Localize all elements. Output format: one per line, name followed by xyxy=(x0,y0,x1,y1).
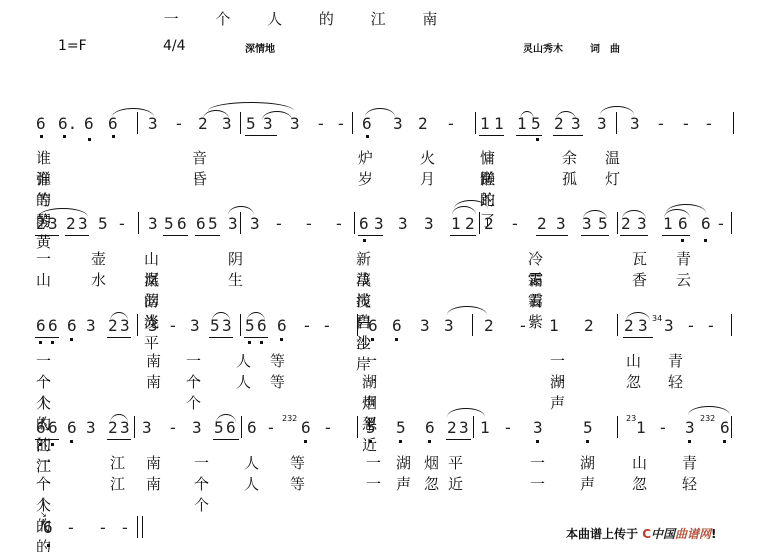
tempo-marking: 深情地 xyxy=(245,40,275,55)
footer-upload-credit: 本曲谱上传于 C中国曲谱网! xyxy=(566,525,717,542)
staff-line-4: 66 6 3 23 3 - 3 56 6 - 232 6 - 5 5 6 23 … xyxy=(0,418,757,448)
time-signature: 4/4 xyxy=(163,38,186,54)
staff-line-1: 6 6. 6 6 3 - 2 3 53 3 -- 6 3 2 - 11 15 2… xyxy=(0,114,757,144)
staff-line-3: 66 6 3 23 3 - 3 53 56 6 -- 6 6 3 3 2 - 1… xyxy=(0,316,757,346)
staff-line-2: 23 23 5 - 3 56 65 3 3 --- 63 3 3 12 2 - … xyxy=(0,214,757,244)
credit-music-label: 曲 xyxy=(610,40,620,55)
site-logo-icon: C xyxy=(642,527,651,541)
credit-lyrics-label: 词 xyxy=(590,40,600,55)
score-title: 一 个 人 的 江 南 xyxy=(0,8,757,29)
key-signature: 1=F xyxy=(58,38,87,54)
credits-author: 灵山秀木 xyxy=(523,40,563,55)
